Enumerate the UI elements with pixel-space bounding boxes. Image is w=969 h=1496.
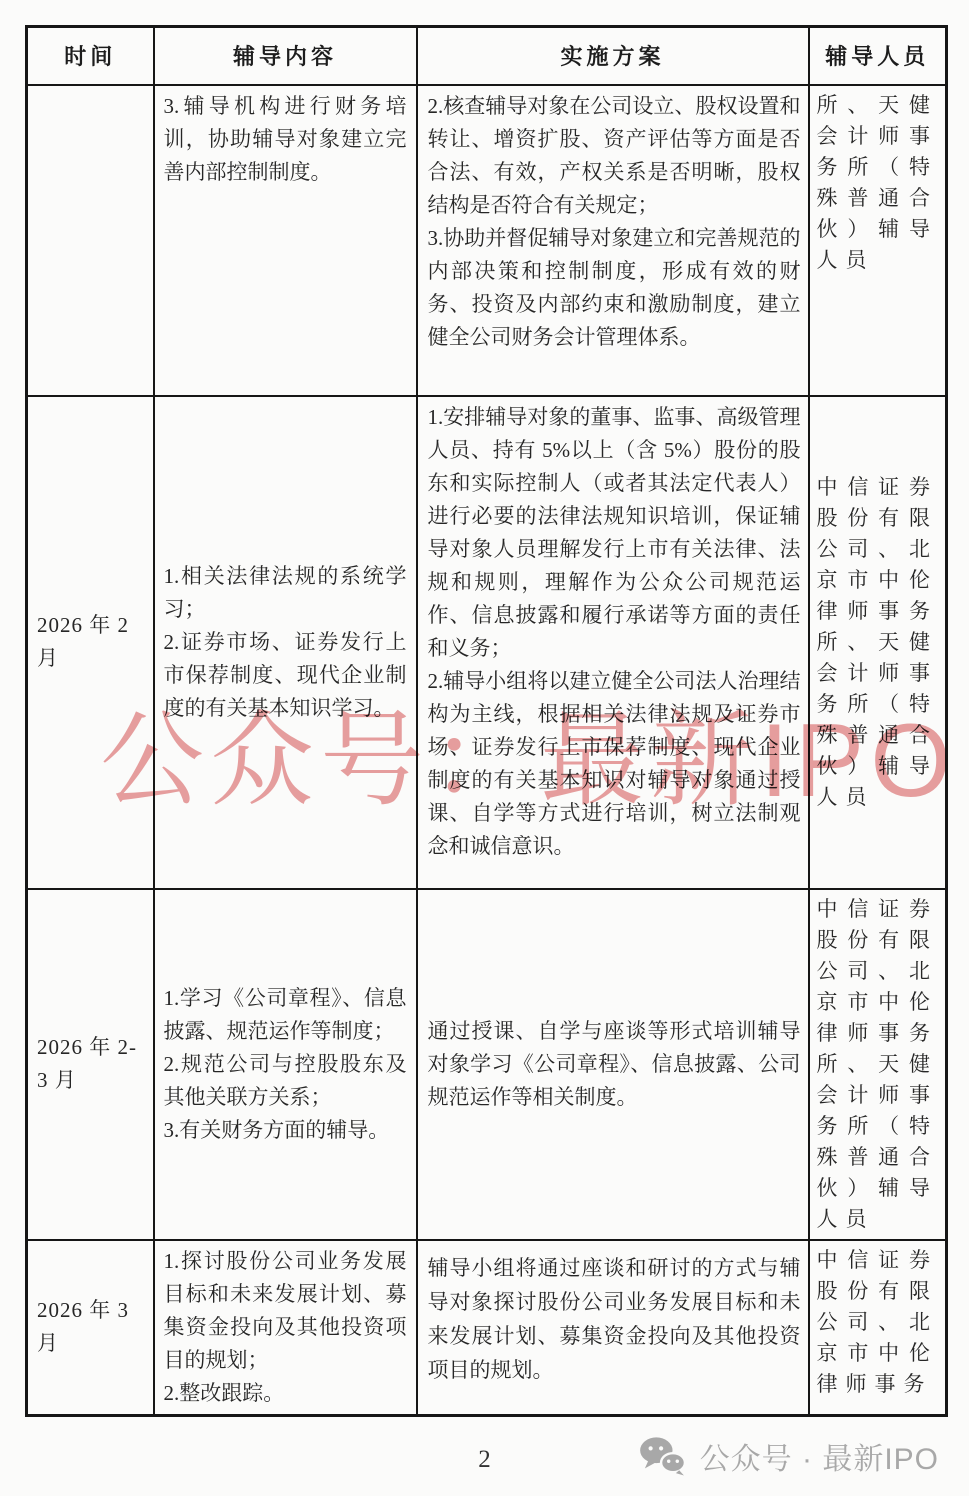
table-row: 2026 年 2 月 1.相关法律法规的系统学习； 2.证券市场、证券发行上市保… <box>27 396 947 889</box>
table-row: 2026 年 3 月 1.探讨股份公司业务发展目标和未来发展计划、募集资金投向及… <box>27 1240 947 1416</box>
paragraph: 1.相关法律法规的系统学习； <box>164 560 407 626</box>
cell-content: 1.相关法律法规的系统学习； 2.证券市场、证券发行上市保荐制度、现代企业制度的… <box>154 396 417 889</box>
cell-content: 1.学习《公司章程》、信息披露、规范运作等制度； 2.规范公司与控股股东及其他关… <box>154 889 417 1240</box>
cell-content: 3.辅导机构进行财务培训，协助辅导对象建立完善内部控制制度。 <box>154 85 417 396</box>
paragraph: 1.安排辅导对象的董事、监事、高级管理人员、持有 5%以上（含 5%）股份的股东… <box>428 401 801 665</box>
paragraph: 1.探讨股份公司业务发展目标和未来发展计划、募集资金投向及其他投资项目的规划； <box>164 1245 407 1377</box>
paragraph: 3.辅导机构进行财务培训，协助辅导对象建立完善内部控制制度。 <box>164 90 407 189</box>
paragraph: 3.有关财务方面的辅导。 <box>164 1114 407 1147</box>
cell-plan: 1.安排辅导对象的董事、监事、高级管理人员、持有 5%以上（含 5%）股份的股东… <box>417 396 809 889</box>
cell-staff: 中信证券股份有限公司、北京市中伦律师事务所、天健会计师事务所（特殊普通合伙）辅导… <box>809 396 947 889</box>
paragraph: 2.辅导小组将以建立健全公司法人治理结构为主线，根据相关法律法规及证券市场、证券… <box>428 665 801 863</box>
cell-plan: 辅导小组将通过座谈和研讨的方式与辅导对象探讨股份公司业务发展目标和未来发展计划、… <box>417 1240 809 1416</box>
column-header-plan: 实施方案 <box>417 27 809 85</box>
paragraph: 通过授课、自学与座谈等形式培训辅导对象学习《公司章程》、信息披露、公司规范运作等… <box>428 1015 801 1114</box>
paragraph: 3.协助并督促辅导对象建立和完善规范的内部决策和控制制度，形成有效的财务、投资及… <box>428 222 801 354</box>
cell-staff: 中信证券股份有限公司、北京市中伦律师事务所、天健会计师事务所（特殊普通合伙）辅导… <box>809 889 947 1240</box>
wechat-icon <box>638 1436 688 1476</box>
cell-time <box>27 85 154 396</box>
paragraph: 1.学习《公司章程》、信息披露、规范运作等制度； <box>164 982 407 1048</box>
cell-time: 2026 年 2 月 <box>27 396 154 889</box>
paragraph: 2.核查辅导对象在公司设立、股权设置和转让、增资扩股、资产评估等方面是否合法、有… <box>428 90 801 222</box>
column-header-content: 辅导内容 <box>154 27 417 85</box>
cell-plan: 通过授课、自学与座谈等形式培训辅导对象学习《公司章程》、信息披露、公司规范运作等… <box>417 889 809 1240</box>
cell-plan: 2.核查辅导对象在公司设立、股权设置和转让、增资扩股、资产评估等方面是否合法、有… <box>417 85 809 396</box>
paragraph: 2.证券市场、证券发行上市保荐制度、现代企业制度的有关基本知识学习。 <box>164 626 407 725</box>
table-row: 2026 年 2-3 月 1.学习《公司章程》、信息披露、规范运作等制度； 2.… <box>27 889 947 1240</box>
staff-text: 中信证券股份有限公司、北京市中伦律师事务 <box>817 1245 939 1400</box>
document-page: 时间 辅导内容 实施方案 辅导人员 3.辅导机构进行财务培训，协助辅导对象建立完… <box>0 0 969 1496</box>
guidance-schedule-table: 时间 辅导内容 实施方案 辅导人员 3.辅导机构进行财务培训，协助辅导对象建立完… <box>25 25 948 1417</box>
paragraph: 2.整改跟踪。 <box>164 1377 407 1410</box>
paragraph: 2.规范公司与控股股东及其他关联方关系； <box>164 1048 407 1114</box>
cell-content: 1.探讨股份公司业务发展目标和未来发展计划、募集资金投向及其他投资项目的规划； … <box>154 1240 417 1416</box>
column-header-staff: 辅导人员 <box>809 27 947 85</box>
column-header-time: 时间 <box>27 27 154 85</box>
cell-staff: 中信证券股份有限公司、北京市中伦律师事务 <box>809 1240 947 1416</box>
staff-text: 所、天健会计师事务所（特殊普通合伙）辅导人员 <box>817 90 939 276</box>
staff-text: 中信证券股份有限公司、北京市中伦律师事务所、天健会计师事务所（特殊普通合伙）辅导… <box>817 894 939 1235</box>
header-row: 时间 辅导内容 实施方案 辅导人员 <box>27 27 947 85</box>
table-row: 3.辅导机构进行财务培训，协助辅导对象建立完善内部控制制度。 2.核查辅导对象在… <box>27 85 947 396</box>
badge-label: 公众号 · 最新IPO <box>700 1434 939 1478</box>
cell-staff: 所、天健会计师事务所（特殊普通合伙）辅导人员 <box>809 85 947 396</box>
cell-time: 2026 年 2-3 月 <box>27 889 154 1240</box>
wechat-badge: 公众号 · 最新IPO <box>638 1434 939 1478</box>
cell-time: 2026 年 3 月 <box>27 1240 154 1416</box>
staff-text: 中信证券股份有限公司、北京市中伦律师事务所、天健会计师事务所（特殊普通合伙）辅导… <box>817 472 939 813</box>
paragraph: 辅导小组将通过座谈和研讨的方式与辅导对象探讨股份公司业务发展目标和未来发展计划、… <box>428 1251 801 1387</box>
